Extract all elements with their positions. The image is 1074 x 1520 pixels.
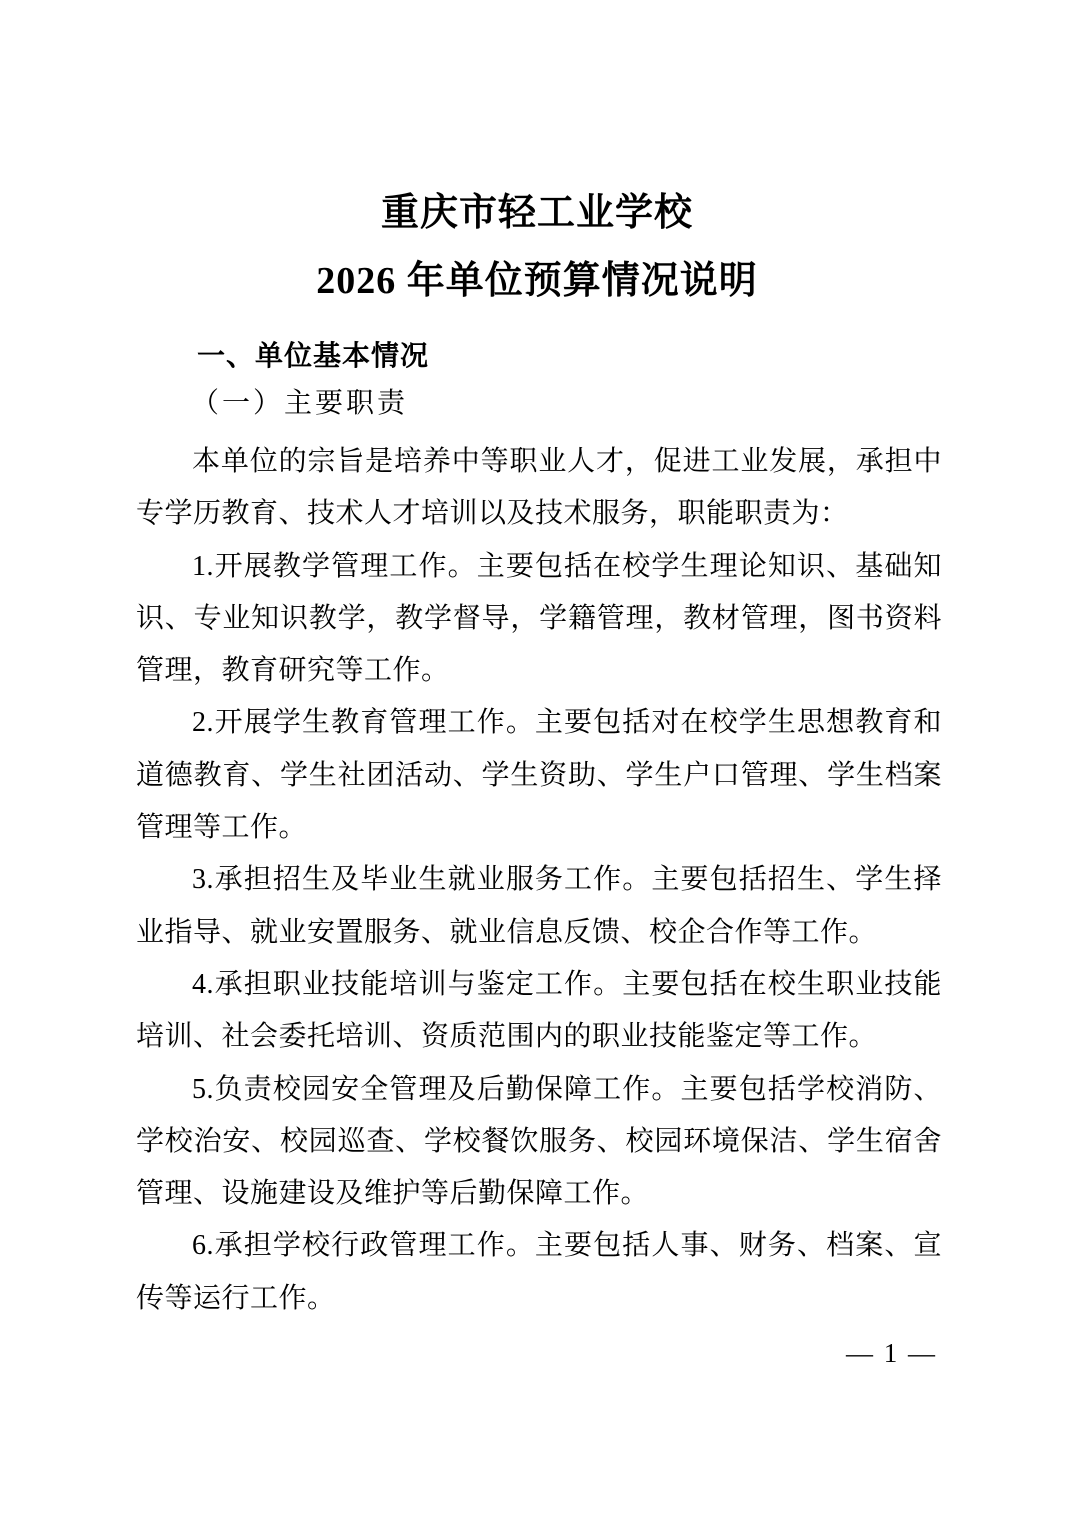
document-title-line1: 重庆市轻工业学校 [0,192,1074,236]
section-heading-basic-info: 一、单位基本情况 [197,339,429,373]
body-paragraph-intro: 本单位的宗旨是培养中等职业人才，促进工业发展，承担中专学历教育、技术人才培训以及… [136,436,942,541]
body-paragraph-duty-5: 5.负责校园安全管理及后勤保障工作。主要包括学校消防、学校治安、校园巡查、学校餐… [136,1064,942,1221]
body-paragraph-duty-3: 3.承担招生及毕业生就业服务工作。主要包括招生、学生择业指导、就业安置服务、就业… [136,854,942,959]
body-paragraph-duty-4: 4.承担职业技能培训与鉴定工作。主要包括在校生职业技能培训、社会委托培训、资质范… [136,959,942,1064]
body-paragraph-duty-1: 1.开展教学管理工作。主要包括在校学生理论知识、基础知识、专业知识教学，教学督导… [136,541,942,698]
body-paragraph-duty-6: 6.承担学校行政管理工作。主要包括人事、财务、档案、宣传等运行工作。 [136,1220,942,1325]
body-paragraph-duty-2: 2.开展学生教育管理工作。主要包括对在校学生思想教育和道德教育、学生社团活动、学… [136,697,942,854]
document-title-line2: 2026 年单位预算情况说明 [0,260,1074,304]
body-text-block: 本单位的宗旨是培养中等职业人才，促进工业发展，承担中专学历教育、技术人才培训以及… [136,436,942,1325]
document-page: 重庆市轻工业学校 2026 年单位预算情况说明 一、单位基本情况 （一）主要职责… [0,0,1074,1520]
subsection-heading-main-duties: （一）主要职责 [191,387,408,421]
page-number: — 1 — [0,1337,937,1369]
